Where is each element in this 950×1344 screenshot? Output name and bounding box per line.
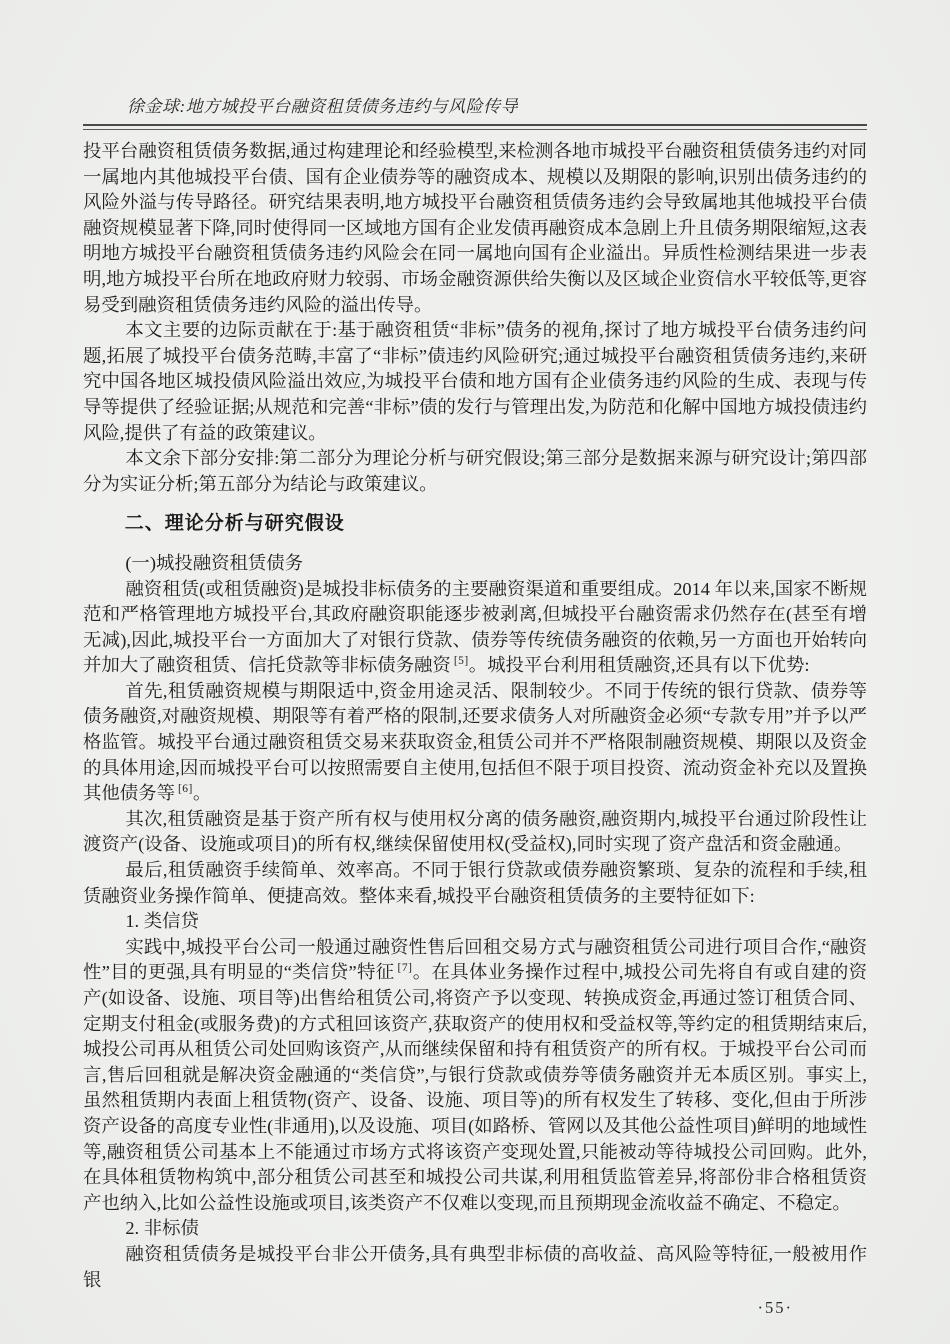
header-double-rule xyxy=(83,124,867,130)
item-heading-2: 2. 非标债 xyxy=(83,1216,867,1242)
paragraph-structure-outline: 本文余下部分安排:第二部分为理论分析与研究假设;第三部分是数据来源与研究设计;第… xyxy=(83,446,867,497)
paragraph-nonstandard-debt: 融资租赁债务是城投平台非公开债务,具有典型非标债的高收益、高风险等特征,一般被用… xyxy=(83,1242,867,1293)
citation-ref-6: [6] xyxy=(178,783,193,795)
paragraph-results-continuation: 投平台融资租赁债务数据,通过构建理论和经验模型,来检测各地市城投平台融资租赁债务… xyxy=(83,139,867,318)
paragraph-text: 。在具体业务操作过程中,城投公司先将自有或自建的资产(如设备、设施、项目等)出售… xyxy=(83,962,867,1212)
scanned-paper-page: 徐金球:地方城投平台融资租赁债务违约与风险传导 投平台融资租赁债务数据,通过构建… xyxy=(0,0,950,1344)
citation-ref-7: [7] xyxy=(397,962,412,974)
section-heading-2: 二、理论分析与研究假设 xyxy=(83,511,867,537)
running-head: 徐金球:地方城投平台融资租赁债务违约与风险传导 xyxy=(83,96,867,118)
paragraph-quasi-credit: 实践中,城投平台公司一般通过融资性售后回租交易方式与融资租赁公司进行项目合作,“… xyxy=(83,935,867,1217)
citation-ref-5: [5] xyxy=(454,655,469,667)
item-heading-1: 1. 类信贷 xyxy=(83,909,867,935)
paragraph-advantage-second: 其次,租赁融资是基于资产所有权与使用权分离的债务融资,融资期内,城投平台通过阶段… xyxy=(83,807,867,858)
paragraph-advantage-last: 最后,租赁融资手续简单、效率高。不同于银行贷款或债券融资繁琐、复杂的流程和手续,… xyxy=(83,858,867,909)
subsection-heading-1: (一)城投融资租赁债务 xyxy=(83,551,867,577)
paragraph-advantage-first: 首先,租赁融资规模与期限适中,资金用途灵活、限制较少。不同于传统的银行贷款、债券… xyxy=(83,679,867,807)
paragraph-contributions: 本文主要的边际贡献在于:基于融资租赁“非标”债务的视角,探讨了地方城投平台债务违… xyxy=(83,318,867,446)
paragraph-text: 。城投平台利用租赁融资,还具有以下优势: xyxy=(469,655,810,675)
page-content: 徐金球:地方城投平台融资租赁债务违约与风险传导 投平台融资租赁债务数据,通过构建… xyxy=(83,0,867,1318)
paragraph-leasing-overview: 融资租赁(或租赁融资)是城投非标债务的主要融资渠道和重要组成。2014 年以来,… xyxy=(83,577,867,679)
paragraph-text: 。 xyxy=(193,783,211,803)
page-number: ·55· xyxy=(83,1298,867,1318)
